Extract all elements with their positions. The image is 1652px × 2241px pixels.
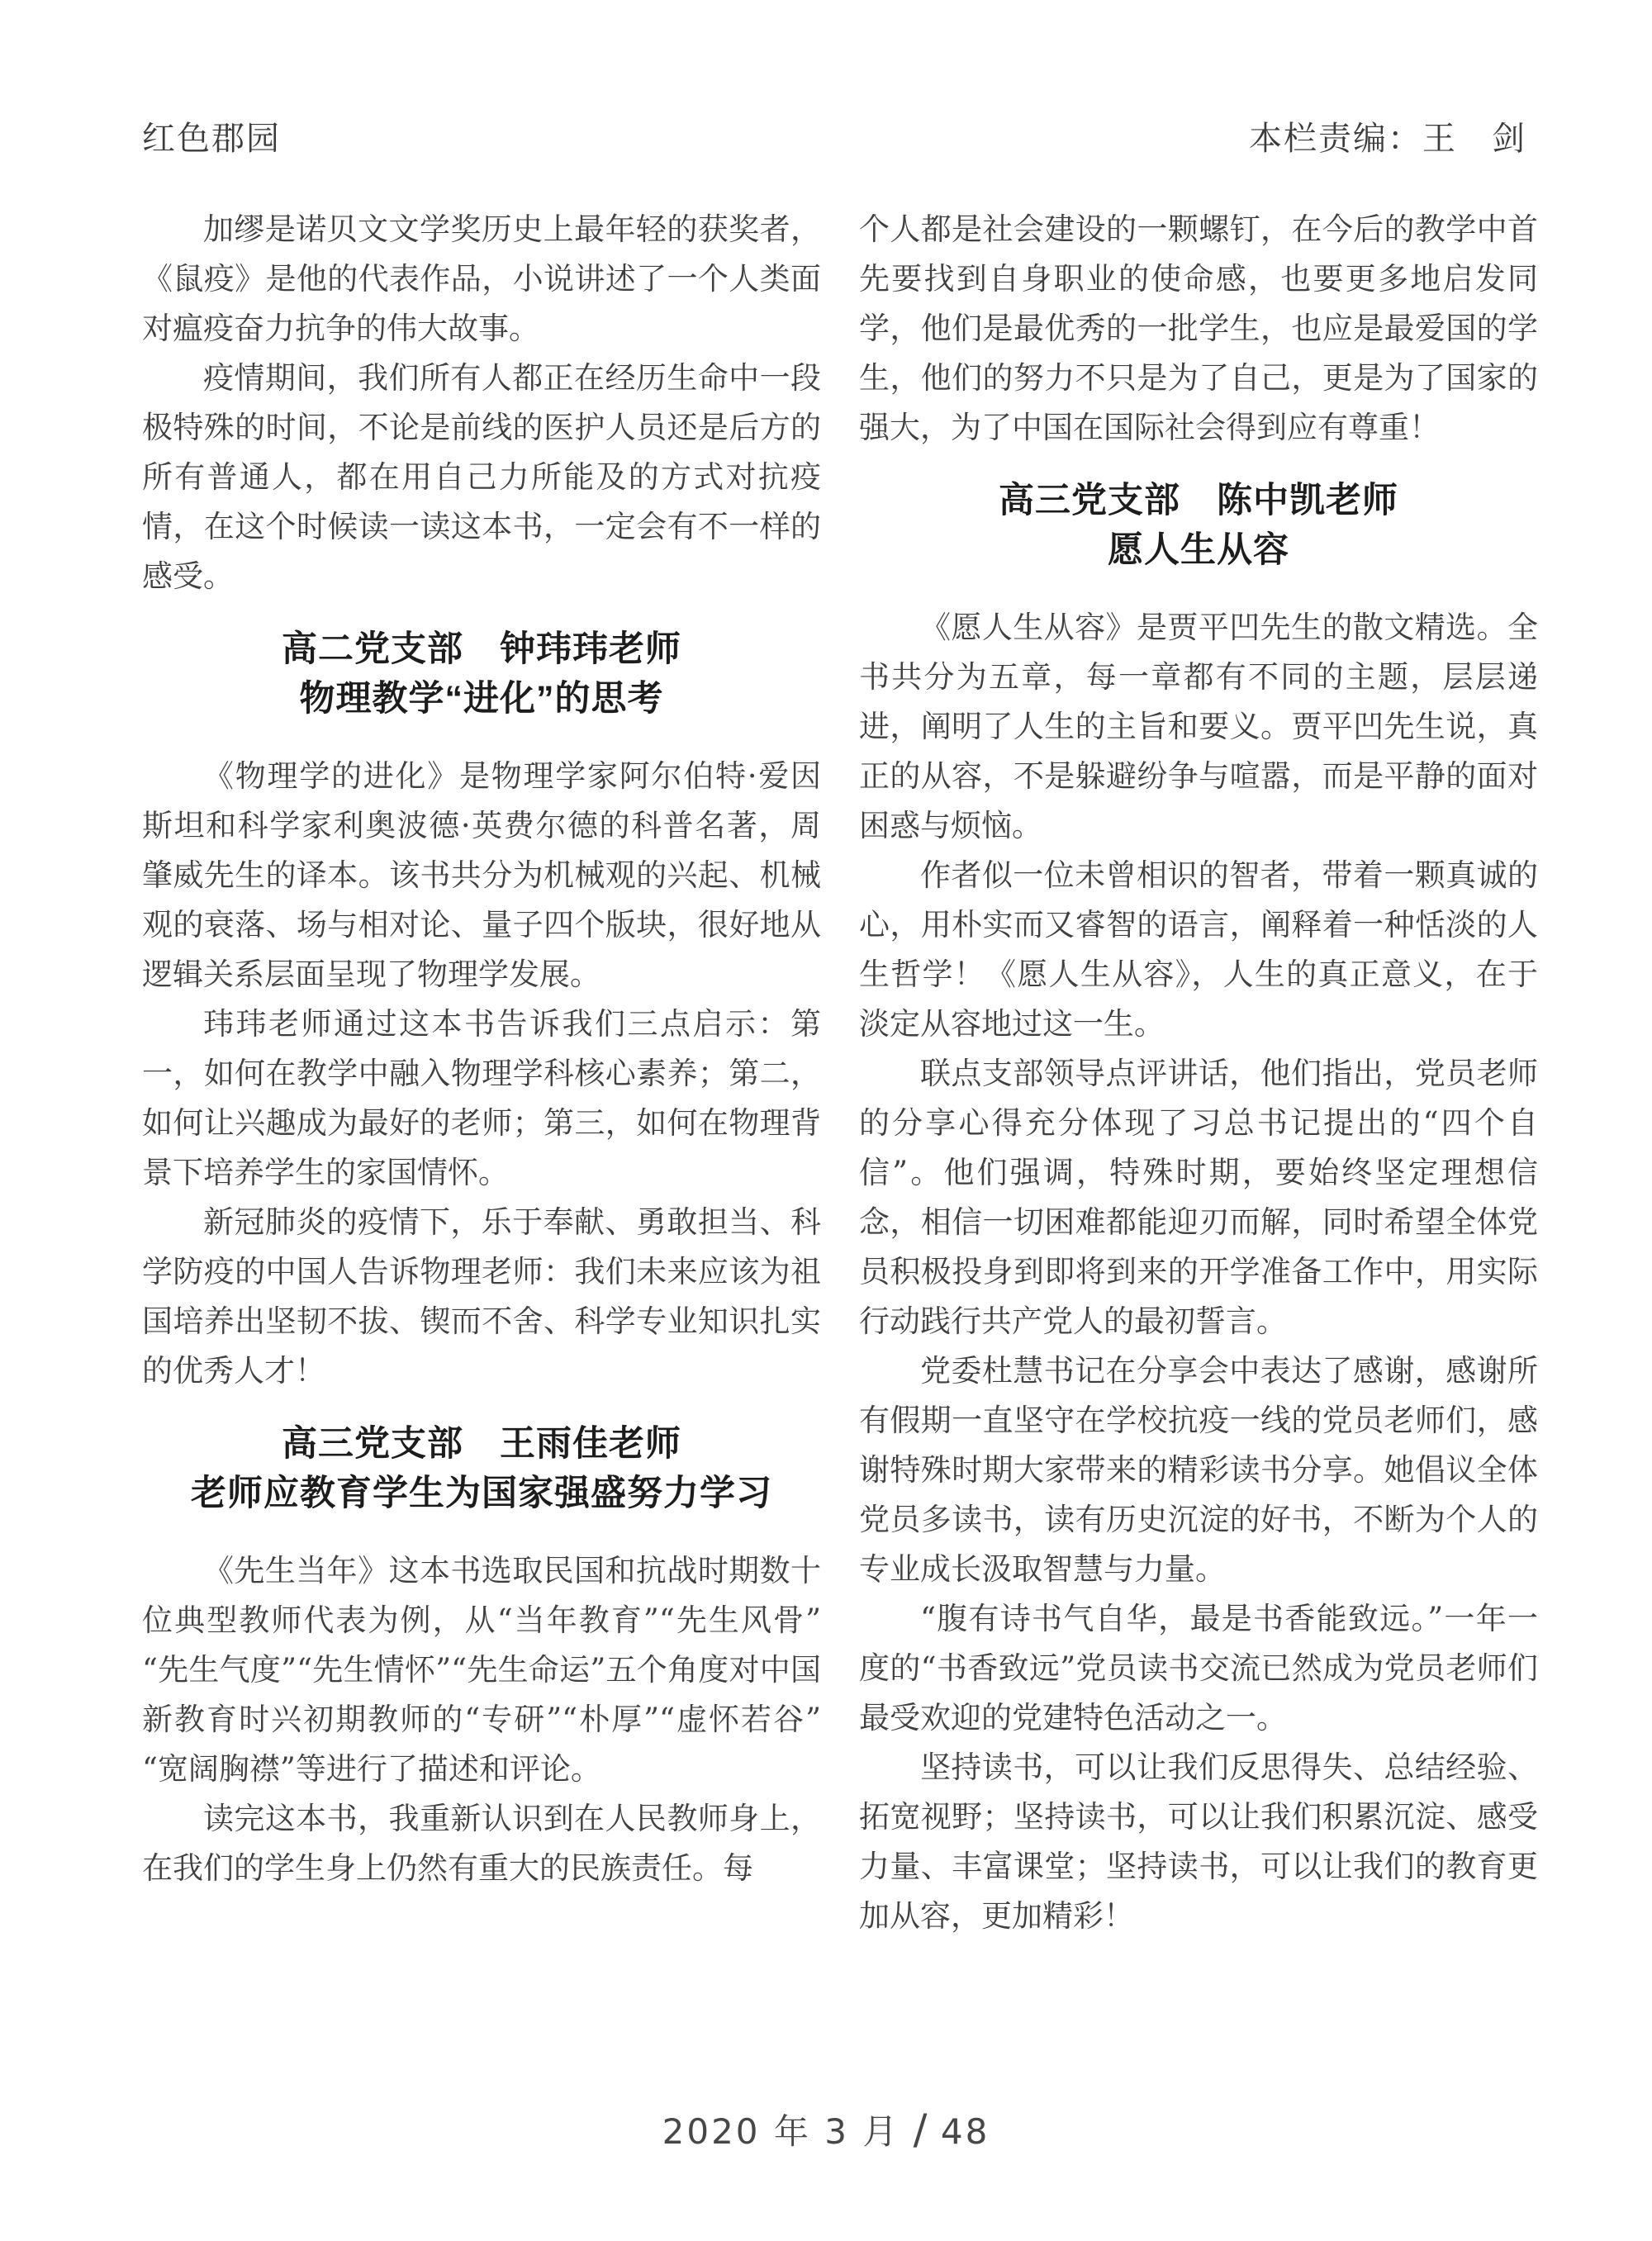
footer-date: 2020 年 3 月 bbox=[662, 2111, 900, 2152]
body-paragraph: 加缪是诺贝文文学奖历史上最年轻的获奖者，《鼠疫》是他的代表作品，小说讲述了一个人… bbox=[142, 205, 821, 354]
footer-page-number: 48 bbox=[941, 2111, 990, 2152]
article-heading-chenzhongkai: 高三党支部 陈中凯老师 愿人生从容 bbox=[859, 476, 1538, 575]
body-paragraph: 《愿人生从容》是贾平凹先生的散文精选。全书共分为五章，每一章都有不同的主题，层层… bbox=[859, 603, 1538, 851]
body-paragraph: 玮玮老师通过这本书告诉我们三点启示：第一，如何在教学中融入物理学科核心素养；第二… bbox=[142, 999, 821, 1198]
article-heading-zhongweiwei: 高二党支部 钟玮玮老师 物理教学“进化”的思考 bbox=[142, 624, 821, 724]
column-editor-label: 本栏责编：王 剑 bbox=[1249, 112, 1526, 159]
heading-branch-teacher: 高三党支部 陈中凯老师 bbox=[859, 476, 1538, 525]
heading-title: 老师应教育学生为国家强盛努力学习 bbox=[142, 1469, 821, 1518]
page-footer: 2020 年 3 月 ∕ 48 bbox=[0, 2105, 1652, 2154]
body-paragraph: “腹有诗书气自华，最是书香能致远。”一年一度的“书香致远”党员读书交流已然成为党… bbox=[859, 1594, 1538, 1743]
heading-branch-teacher: 高三党支部 王雨佳老师 bbox=[142, 1419, 821, 1469]
article-body: 加缪是诺贝文文学奖历史上最年轻的获奖者，《鼠疫》是他的代表作品，小说讲述了一个人… bbox=[142, 205, 1538, 1941]
body-paragraph: 《先生当年》这本书选取民国和抗战时期数十位典型教师代表为例，从“当年教育”“先生… bbox=[142, 1546, 821, 1794]
section-label: 红色郡园 bbox=[142, 112, 281, 159]
body-paragraph: 《物理学的进化》是物理学家阿尔伯特·爱因斯坦和科学家利奥波德·英费尔德的科普名著… bbox=[142, 752, 821, 999]
left-column: 加缪是诺贝文文学奖历史上最年轻的获奖者，《鼠疫》是他的代表作品，小说讲述了一个人… bbox=[142, 205, 821, 1941]
body-paragraph: 作者似一位未曾相识的智者，带着一颗真诚的心，用朴实而又睿智的语言，阐释着一种恬淡… bbox=[859, 851, 1538, 1049]
heading-title: 物理教学“进化”的思考 bbox=[142, 674, 821, 724]
heading-branch-teacher: 高二党支部 钟玮玮老师 bbox=[142, 624, 821, 674]
body-paragraph-continuation: 个人都是社会建设的一颗螺钉，在今后的教学中首先要找到自身职业的使命感，也要更多地… bbox=[859, 205, 1538, 453]
body-paragraph: 疫情期间，我们所有人都正在经历生命中一段极特殊的时间，不论是前线的医护人员还是后… bbox=[142, 354, 821, 601]
body-paragraph: 读完这本书，我重新认识到在人民教师身上，在我们的学生身上仍然有重大的民族责任。每 bbox=[142, 1794, 821, 1893]
footer-slash: ∕ bbox=[914, 2106, 928, 2153]
body-paragraph: 联点支部领导点评讲话，他们指出，党员老师的分享心得充分体现了习总书记提出的“四个… bbox=[859, 1049, 1538, 1346]
magazine-page: 红色郡园 本栏责编：王 剑 加缪是诺贝文文学奖历史上最年轻的获奖者，《鼠疫》是他… bbox=[0, 0, 1652, 2241]
heading-title: 愿人生从容 bbox=[859, 525, 1538, 575]
right-column: 个人都是社会建设的一颗螺钉，在今后的教学中首先要找到自身职业的使命感，也要更多地… bbox=[859, 205, 1538, 1941]
article-heading-wangyujia: 高三党支部 王雨佳老师 老师应教育学生为国家强盛努力学习 bbox=[142, 1419, 821, 1518]
body-paragraph: 坚持读书，可以让我们反思得失、总结经验、拓宽视野；坚持读书，可以让我们积累沉淀、… bbox=[859, 1743, 1538, 1941]
body-paragraph: 新冠肺炎的疫情下，乐于奉献、勇敢担当、科学防疫的中国人告诉物理老师：我们未来应该… bbox=[142, 1198, 821, 1396]
page-header: 红色郡园 本栏责编：王 剑 bbox=[142, 112, 1526, 159]
body-paragraph: 党委杜慧书记在分享会中表达了感谢，感谢所有假期一直坚守在学校抗疫一线的党员老师们… bbox=[859, 1346, 1538, 1594]
